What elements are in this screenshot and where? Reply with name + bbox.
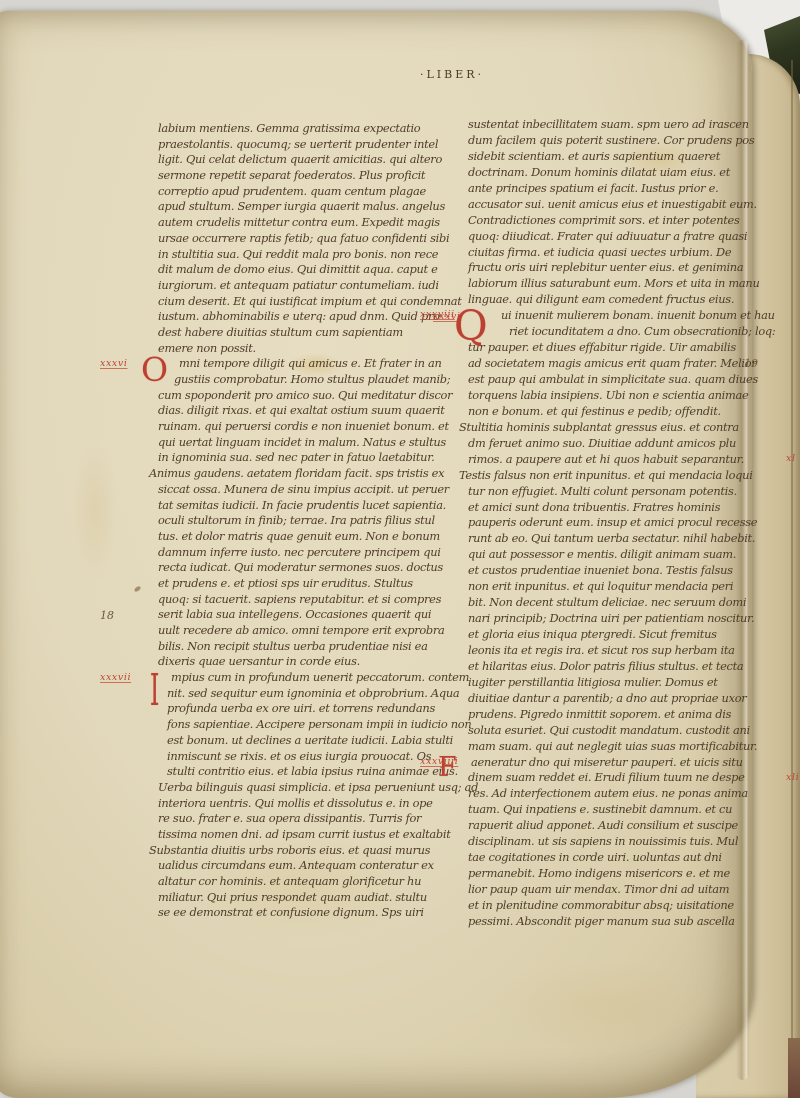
text-line: et hilaritas eius. Dolor patris filius s… bbox=[468, 659, 768, 675]
text-line: labiorum illius saturabunt eum. Mors et … bbox=[468, 276, 768, 292]
text-line: mpius cum in profundum uenerit peccatoru… bbox=[158, 670, 456, 686]
text-line: miliatur. Qui prius respondet quam audia… bbox=[158, 890, 456, 906]
text-line: ursae occurrere raptis fetib; qua fatuo … bbox=[158, 231, 456, 247]
text-column-right: sustentat inbecillitatem suam. spm uero … bbox=[468, 117, 768, 930]
text-line: pauperis oderunt eum. insup et amici pro… bbox=[468, 515, 768, 531]
text-line: et gloria eius iniqua ptergredi. Sicut f… bbox=[468, 627, 768, 643]
text-line: ante principes spatium ei facit. Iustus … bbox=[468, 181, 768, 197]
text-line: nit. sed sequitur eum ignominia et obpro… bbox=[158, 686, 456, 702]
next-page-edge-line bbox=[791, 60, 793, 1098]
text-line: pessimi. Abscondit piger manum sua sub a… bbox=[468, 914, 768, 930]
next-page-chapter-fragment: xli bbox=[786, 772, 800, 786]
text-line: Testis falsus non erit inpunitus. et qui… bbox=[459, 468, 768, 484]
text-line: oculi stultorum in finib; terrae. Ira pa… bbox=[158, 513, 456, 529]
parchment-stain bbox=[492, 961, 712, 1051]
text-line: lior paup quam uir mendax. Timor dni ad … bbox=[468, 882, 768, 898]
text-line: diuitiae dantur a parentib; a dno aut pr… bbox=[468, 691, 768, 707]
text-line: linguae. qui diligunt eam comedent fruct… bbox=[468, 292, 768, 308]
chapter-number-xl: xl bbox=[786, 453, 800, 464]
text-line: rimos. a paupere aut et hi quos habuit s… bbox=[468, 452, 768, 468]
text-line: nari principib; Doctrina uiri per patien… bbox=[468, 611, 768, 627]
running-title: ·LIBER· bbox=[302, 68, 602, 81]
text-line: et prudens e. et ptiosi sps uir eruditus… bbox=[158, 576, 456, 592]
text-line: res. Ad interfectionem autem eius. ne po… bbox=[468, 786, 768, 802]
text-line: serit labia sua intellegens. Occasiones … bbox=[158, 607, 456, 623]
text-line: recta iudicat. Qui moderatur sermones su… bbox=[158, 560, 456, 576]
manuscript-photo: ·LIBER· labium mentiens. Gemma gratissim… bbox=[0, 0, 800, 1098]
folio-number-19: 19 bbox=[744, 357, 758, 370]
text-line: tuam. Qui inpatiens e. sustinebit damnum… bbox=[468, 802, 768, 818]
text-line: mam suam. qui aut neglegit uias suas mor… bbox=[468, 739, 768, 755]
text-line: labium mentiens. Gemma gratissima expect… bbox=[158, 121, 456, 137]
text-column-left: labium mentiens. Gemma gratissima expect… bbox=[158, 121, 456, 921]
text-line: tur non effugiet. Multi colunt personam … bbox=[468, 484, 768, 500]
text-line: non erit inpunitus. et qui loquitur mend… bbox=[468, 579, 768, 595]
text-line: dinem suam reddet ei. Erudi filium tuum … bbox=[468, 770, 768, 786]
folio-number-18: 18 bbox=[100, 609, 114, 622]
text-line: ligit. Qui celat delictum quaerit amicit… bbox=[158, 152, 456, 168]
text-line: dit malum de domo eius. Qui dimittit aqu… bbox=[158, 262, 456, 278]
text-line: Contradictiones comprimit sors. et inter… bbox=[468, 213, 768, 229]
text-line: tissima nomen dni. ad ipsam currit iustu… bbox=[158, 827, 456, 843]
text-line: mni tempore diligit qui amicus e. Et fra… bbox=[158, 356, 456, 372]
text-line: apud stultum. Semper iurgia quaerit malu… bbox=[158, 199, 456, 215]
text-line: ad societatem magis amicus erit quam fra… bbox=[468, 356, 768, 372]
text-line: stulti contritio eius. et labia ipsius r… bbox=[158, 764, 456, 780]
text-line: soluta esuriet. Qui custodit mandatum. c… bbox=[468, 723, 768, 739]
text-line: tus. et dolor matris quae genuit eum. No… bbox=[158, 529, 456, 545]
text-line: aeneratur dno qui miseretur pauperi. et … bbox=[468, 755, 768, 771]
chapter-number-xxxviiii: xxxviiii bbox=[420, 756, 458, 767]
text-line: iurgiorum. et antequam patiatur contumel… bbox=[158, 278, 456, 294]
text-line: re suo. frater e. sua opera dissipantis.… bbox=[158, 811, 456, 827]
text-line: in ignominia sua. sed nec pater in fatuo… bbox=[158, 450, 456, 466]
text-line: bilis. Non recipit stultus uerba prudent… bbox=[158, 639, 456, 655]
text-line: leonis ita et regis ira. et sicut ros su… bbox=[468, 643, 768, 659]
text-line: cum spoponderit pro amico suo. Qui medit… bbox=[158, 388, 456, 404]
text-line: est paup qui ambulat in simplicitate sua… bbox=[468, 372, 768, 388]
text-line: qui uertat linguam incidet in malum. Nat… bbox=[158, 435, 456, 451]
text-line: prudens. Pigredo inmittit soporem. et an… bbox=[468, 707, 768, 723]
text-line: disciplinam. ut sis sapiens in nouissimi… bbox=[468, 834, 768, 850]
text-line: gustiis comprobatur. Homo stultus plaude… bbox=[158, 372, 456, 388]
text-line: dm feruet animo suo. Diuitiae addunt ami… bbox=[468, 436, 768, 452]
chapter-number-xli: xli bbox=[786, 772, 800, 783]
text-line: inmiscunt se rixis. et os eius iurgia pr… bbox=[158, 749, 456, 765]
text-line: profunda uerba ex ore uiri. et torrens r… bbox=[158, 701, 456, 717]
text-line: autem crudelis mittetur contra eum. Expe… bbox=[158, 215, 456, 231]
text-line: ruinam. qui peruersi cordis e non inueni… bbox=[158, 419, 456, 435]
text-line: cium deserit. Et qui iustificat impium e… bbox=[158, 294, 456, 310]
chapter-initial-O: O bbox=[141, 353, 168, 386]
text-line: sidebit scientiam. et auris sapientium q… bbox=[468, 149, 768, 165]
text-line: runt ab eo. Qui tantum uerba sectatur. n… bbox=[468, 531, 768, 547]
text-line: praestolantis. quocumq; se uerterit prud… bbox=[158, 137, 456, 153]
text-line: sermone repetit separat foederatos. Plus… bbox=[158, 168, 456, 184]
ink-fleck bbox=[133, 585, 141, 592]
text-line: interiora uentris. Qui mollis et dissolu… bbox=[158, 796, 456, 812]
text-line: uult recedere ab amico. omni tempore eri… bbox=[158, 623, 456, 639]
chapter-number-xxxviii: xxxviii bbox=[420, 309, 455, 320]
text-line: in stultitia sua. Qui reddit mala pro bo… bbox=[158, 247, 456, 263]
text-line: tat semitas iudicii. In facie prudentis … bbox=[158, 498, 456, 514]
text-line: est bonum. ut declines a ueritate iudici… bbox=[158, 733, 456, 749]
text-line: permanebit. Homo indigens misericors e. … bbox=[468, 866, 768, 882]
text-line: ualidus circumdans eum. Antequam contera… bbox=[158, 858, 456, 874]
text-line: fons sapientiae. Accipere personam impii… bbox=[158, 717, 456, 733]
text-line: tae cogitationes in corde uiri. uoluntas… bbox=[468, 850, 768, 866]
next-page-chapter-fragment: xl bbox=[786, 453, 800, 467]
chapter-number-xxxvii: xxxvii bbox=[100, 672, 131, 683]
text-line: sustentat inbecillitatem suam. spm uero … bbox=[468, 117, 768, 133]
text-line: non e bonum. et qui festinus e pedib; of… bbox=[468, 404, 768, 420]
text-line: rapuerit aliud apponet. Audi consilium e… bbox=[468, 818, 768, 834]
text-line: accusator sui. uenit amicus eius et inue… bbox=[468, 197, 768, 213]
text-line: iustum. abhominabilis e uterq: apud dnm.… bbox=[158, 309, 456, 325]
text-line: emere non possit. bbox=[158, 341, 456, 357]
text-line: Substantia diuitis urbs roboris eius. et… bbox=[149, 843, 456, 859]
text-line: damnum inferre iusto. nec percutere prin… bbox=[158, 545, 456, 561]
parchment-stain bbox=[72, 441, 118, 581]
text-line: ciuitas firma. et iudicia quasi uectes u… bbox=[468, 245, 768, 261]
text-line: iugiter perstillantia litigiosa mulier. … bbox=[468, 675, 768, 691]
text-line: tur pauper. et diues effabitur rigide. U… bbox=[468, 340, 768, 356]
text-line: quoq: si tacuerit. sapiens reputabitur. … bbox=[158, 592, 456, 608]
text-line: siccat ossa. Munera de sinu impius accip… bbox=[158, 482, 456, 498]
text-line: dias. diligit rixas. et qui exaltat osti… bbox=[158, 403, 456, 419]
text-line: fructu oris uiri replebitur uenter eius.… bbox=[468, 260, 768, 276]
text-line: et in plenitudine commorabitur absq; uis… bbox=[468, 898, 768, 914]
text-line: qui aut possessor e mentis. diligit anim… bbox=[468, 547, 768, 563]
text-line: dum facilem quis poterit sustinere. Cor … bbox=[468, 133, 768, 149]
text-line: bit. Non decent stultum deliciae. nec se… bbox=[468, 595, 768, 611]
text-line: quoq: diiudicat. Frater qui adiuuatur a … bbox=[468, 229, 768, 245]
text-line: Stultitia hominis subplantat gressus eiu… bbox=[459, 420, 768, 436]
text-line: dixeris quae uersantur in corde eius. bbox=[158, 654, 456, 670]
text-line: ui inuenit mulierem bonam. inuenit bonum… bbox=[468, 308, 768, 324]
text-line: torquens labia insipiens. Ubi non e scie… bbox=[468, 388, 768, 404]
text-line: Uerba bilinguis quasi simplicia. et ipsa… bbox=[149, 780, 456, 796]
text-line: altatur cor hominis. et antequam glorifi… bbox=[158, 874, 456, 890]
text-line: riet iocunditatem a dno. Cum obsecration… bbox=[468, 324, 768, 340]
text-line: dest habere diuitias stultum cum sapient… bbox=[158, 325, 456, 341]
chapter-number-xxxvi: xxxvi bbox=[100, 358, 127, 369]
text-line: et custos prudentiae inueniet bona. Test… bbox=[468, 563, 768, 579]
binding-strip bbox=[788, 1038, 800, 1098]
text-line: Animus gaudens. aetatem floridam facit. … bbox=[149, 466, 456, 482]
text-line: se ee demonstrat et confusione dignum. S… bbox=[158, 905, 456, 921]
text-line: doctrinam. Donum hominis dilatat uiam ei… bbox=[468, 165, 768, 181]
chapter-initial-I: I bbox=[150, 669, 160, 713]
text-line: correptio apud prudentem. quam centum pl… bbox=[158, 184, 456, 200]
text-line: et amici sunt dona tribuentis. Fratres h… bbox=[468, 500, 768, 516]
